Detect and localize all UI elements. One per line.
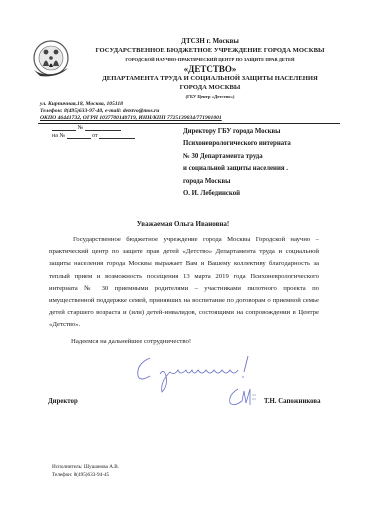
contact-phone-email: Телефон: 8(495)633-97-40, e-mail: detstv… [40,108,159,114]
letterhead-department-full: ДЕПАРТАМЕНТА ТРУДА И СОЦИАЛЬНОЙ ЗАЩИТЫ Н… [60,75,360,82]
addressee-line: О. И. Лебединской [183,188,291,200]
addressee-line: Психоневрологического интерната [183,138,291,150]
letter-paragraph: Государственное бюджетное учреждение гор… [49,234,319,332]
letterhead-brand: «ДЕТСТВО» [60,64,360,74]
letterhead-short-name: (ГБУ Центр «Детство») [60,94,360,99]
signatory-position: Директор [48,398,78,405]
executor-name: Исполнитель: Шушанова А.В. [52,464,119,472]
executor-block: Исполнитель: Шушанова А.В. Телефон: 8(49… [52,464,119,479]
letterhead-institution-type: ГОСУДАРСТВЕННОЕ БЮДЖЕТНОЕ УЧРЕЖДЕНИЕ ГОР… [60,47,360,54]
header-divider [38,123,340,124]
on-number-label: на № [52,133,65,139]
contact-address: ул. Кирпичная,18, Москва, 105118 [40,101,123,107]
letter-greeting: Уважаемая Ольга Ивановна! [0,220,366,228]
addressee-line: Директору ГБУ города Москвы [183,126,291,138]
contact-registration-codes: ОКПО 46441732, ОГРН 1037700140719, ИНН/К… [40,115,222,121]
letter-closing: Надеемся на дальнейшее сотрудничество! [71,338,191,345]
letter-body: Государственное бюджетное учреждение гор… [49,234,319,332]
signatory-name: Т.Н. Сапожникова [264,398,321,405]
director-signature [226,385,260,414]
from-label: от [92,133,98,139]
addressee-line: № 30 Департамента труда [183,151,291,163]
number-label: № [78,125,84,131]
letterhead-department: ДТСЗН г. Москвы [60,37,360,45]
incoming-reference-field: на № от [52,133,135,139]
signature-icon [226,385,260,409]
addressee-block: Директору ГБУ города Москвы Психоневроло… [183,126,291,200]
addressee-line: и социальной защиты населения . [183,163,291,175]
addressee-line: города Москвы [183,176,291,188]
letterhead-city: ГОРОДА МОСКВЫ [60,84,360,91]
letterhead-center-name: ГОРОДСКОЙ НАУЧНО-ПРАКТИЧЕСКИЙ ЦЕНТР ПО З… [60,57,360,62]
outgoing-number-field: № [52,125,121,131]
executor-phone: Телефон: 8(495)633-94-45 [52,472,119,480]
